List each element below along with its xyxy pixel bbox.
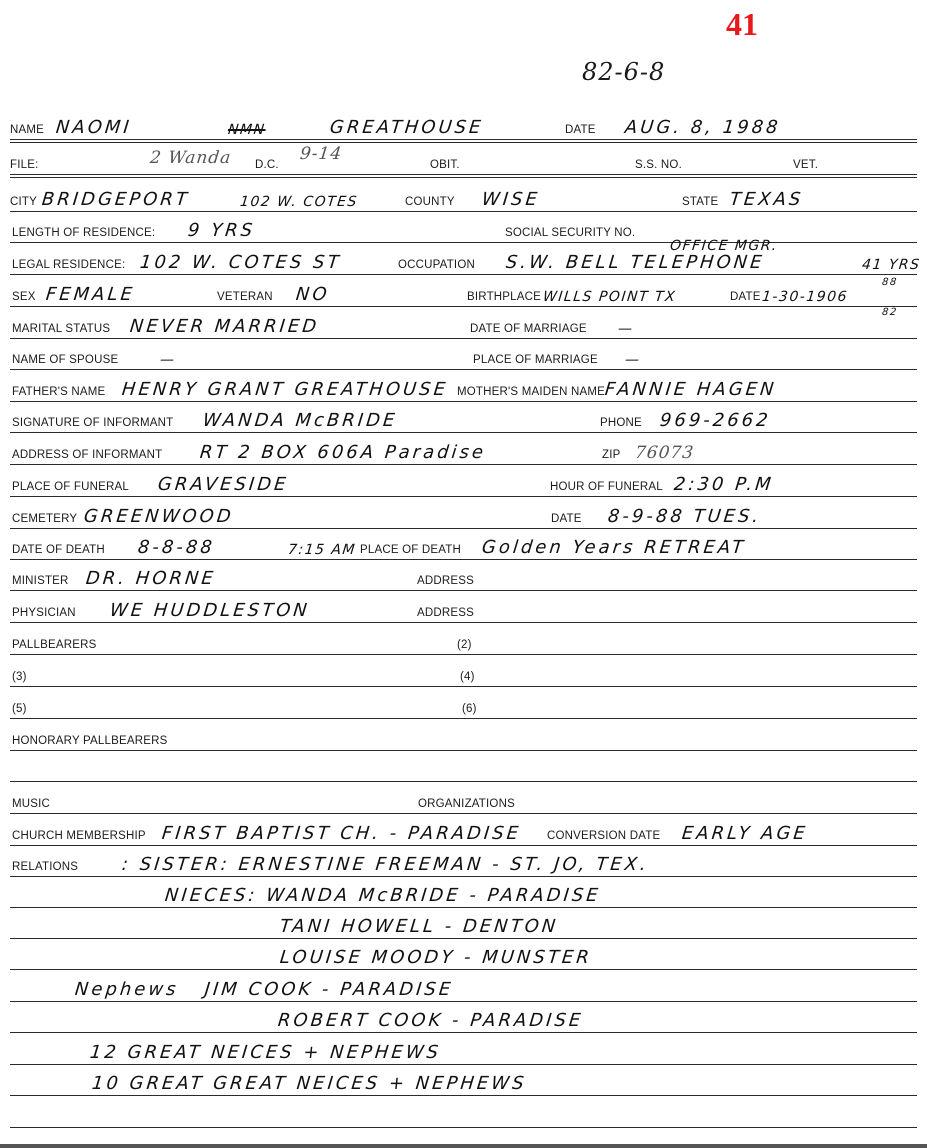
legal-residence-label: LEGAL RESIDENCE: bbox=[12, 259, 125, 271]
pallbearer-slot-4: (4) bbox=[460, 671, 475, 683]
minister-value: DR. HORNE bbox=[85, 568, 217, 589]
funeral-date-value: 8-9-88 TUES. bbox=[607, 506, 762, 527]
state-label: STATE bbox=[682, 196, 718, 208]
name-row: NAME NAOMI NMN GREATHOUSE DATE AUG. 8, 1… bbox=[10, 115, 917, 143]
city-label: CITY bbox=[10, 196, 37, 208]
fathers-name-label: FATHER'S NAME bbox=[12, 386, 105, 398]
time-of-death-value: 7:15 AM bbox=[287, 542, 357, 558]
residence-length-row: LENGTH OF RESIDENCE: 9 YRS SOCIAL SECURI… bbox=[10, 218, 917, 243]
marital-status-label: MARITAL STATUS bbox=[12, 323, 110, 335]
relation-line: TANI HOWELL - DENTON bbox=[279, 916, 560, 937]
church-membership-value: FIRST BAPTIST CH. - PARADISE bbox=[161, 823, 522, 844]
place-of-marriage-value: — bbox=[624, 352, 641, 368]
relations-row-7: 12 GREAT NEICES + NEPHEWS bbox=[10, 1040, 917, 1065]
state-value: TEXAS bbox=[729, 189, 805, 210]
church-row: CHURCH MEMBERSHIP FIRST BAPTIST CH. - PA… bbox=[10, 821, 917, 846]
birth-date-label: DATE bbox=[730, 291, 761, 303]
signature-of-informant-label: SIGNATURE OF INFORMANT bbox=[12, 417, 173, 429]
funeral-record-page: 41 82-6-8 NAME NAOMI NMN GREATHOUSE DATE… bbox=[0, 0, 927, 1148]
informant-address-row: ADDRESS OF INFORMANT RT 2 BOX 606A Parad… bbox=[10, 440, 917, 465]
name-of-spouse-label: NAME OF SPOUSE bbox=[12, 354, 118, 366]
place-of-funeral-label: PLACE OF FUNERAL bbox=[12, 481, 129, 493]
obit-label: OBIT. bbox=[430, 159, 460, 171]
first-name: NAOMI bbox=[55, 117, 133, 138]
birthplace-label: BIRTHPLACE bbox=[467, 291, 541, 303]
relations-row-3: TANI HOWELL - DENTON bbox=[10, 914, 917, 939]
file-row: FILE: 2 Wanda D.C. 9-14 OBIT. S.S. NO. V… bbox=[10, 150, 917, 178]
relations-label: RELATIONS bbox=[12, 861, 78, 873]
city-extra: 102 W. COTES bbox=[239, 194, 359, 210]
last-name: GREATHOUSE bbox=[329, 117, 485, 138]
physician-label: PHYSICIAN bbox=[12, 607, 76, 619]
veteran-value: NO bbox=[295, 284, 331, 305]
pallbearers-row-1: PALLBEARERS (2) bbox=[10, 630, 917, 655]
music-label: MUSIC bbox=[12, 798, 50, 810]
relation-line: 12 GREAT NEICES + NEPHEWS bbox=[89, 1042, 442, 1063]
place-of-death-value: Golden Years RETREAT bbox=[481, 537, 747, 558]
spouse-row: NAME OF SPOUSE — PLACE OF MARRIAGE — bbox=[10, 345, 917, 370]
date-of-death-value: 8-8-88 bbox=[137, 537, 216, 558]
age-calc-top: 88 bbox=[881, 277, 898, 288]
phone-value: 969-2662 bbox=[659, 410, 772, 431]
ss-no-label: S.S. NO. bbox=[635, 159, 682, 171]
reference-number: 82-6-8 bbox=[582, 58, 665, 86]
social-security-label: SOCIAL SECURITY NO. bbox=[505, 227, 635, 239]
hour-of-funeral-label: HOUR OF FUNERAL bbox=[550, 481, 663, 493]
date-of-marriage-label: DATE OF MARRIAGE bbox=[470, 323, 587, 335]
place-of-marriage-label: PLACE OF MARRIAGE bbox=[473, 354, 598, 366]
relations-row-6: ROBERT COOK - PARADISE bbox=[10, 1008, 917, 1033]
phone-label: PHONE bbox=[600, 417, 642, 429]
address-of-informant-value: RT 2 BOX 606A Paradise bbox=[199, 442, 487, 463]
hour-of-funeral-value: 2:30 P.M bbox=[673, 474, 775, 495]
relation-line: ROBERT COOK - PARADISE bbox=[277, 1010, 585, 1031]
funeral-place-row: PLACE OF FUNERAL GRAVESIDE HOUR OF FUNER… bbox=[10, 472, 917, 497]
relation-line: 10 GREAT GREAT NEICES + NEPHEWS bbox=[91, 1073, 528, 1094]
marital-status-value: NEVER MARRIED bbox=[129, 316, 320, 337]
address-of-informant-label: ADDRESS OF INFORMANT bbox=[12, 449, 162, 461]
physician-row: PHYSICIAN WE HUDDLESTON ADDRESS bbox=[10, 598, 917, 623]
relation-line: : SISTER: ERNESTINE FREEMAN - ST. JO, TE… bbox=[121, 854, 650, 875]
pallbearer-slot-5: (5) bbox=[12, 703, 27, 715]
record-date: AUG. 8, 1988 bbox=[624, 117, 782, 138]
cemetery-value: GREENWOOD bbox=[83, 506, 235, 527]
occupation-label: OCCUPATION bbox=[398, 259, 475, 271]
honorary-pallbearers-blank-row bbox=[10, 757, 917, 782]
relations-row-8: 10 GREAT GREAT NEICES + NEPHEWS bbox=[10, 1071, 917, 1096]
place-of-death-label: PLACE OF DEATH bbox=[360, 544, 461, 556]
pallbearer-slot-6: (6) bbox=[462, 703, 477, 715]
music-row: MUSIC ORGANIZATIONS bbox=[10, 789, 917, 814]
relation-line: NIECES: WANDA McBRIDE - PARADISE bbox=[164, 885, 602, 906]
name-of-spouse-value: — bbox=[159, 352, 176, 368]
zip-value: 76073 bbox=[634, 443, 695, 463]
place-of-funeral-value: GRAVESIDE bbox=[157, 474, 290, 495]
relations-row-1: RELATIONS : SISTER: ERNESTINE FREEMAN - … bbox=[10, 852, 917, 877]
legal-residence-value: 102 W. COTES ST bbox=[139, 252, 343, 273]
conversion-date-label: CONVERSION DATE bbox=[547, 830, 660, 842]
date-label: DATE bbox=[565, 124, 596, 136]
zip-label: ZIP bbox=[602, 449, 621, 461]
minister-row: MINISTER DR. HORNE ADDRESS bbox=[10, 566, 917, 591]
page-bottom-edge bbox=[0, 1144, 927, 1148]
honorary-pallbearers-row: HONORARY PALLBEARERS bbox=[10, 726, 917, 751]
physician-address-label: ADDRESS bbox=[417, 607, 474, 619]
relations-row-4: LOUISE MOODY - MUNSTER bbox=[10, 945, 917, 970]
name-label: NAME bbox=[10, 124, 44, 136]
funeral-date-label: DATE bbox=[551, 513, 582, 525]
church-membership-label: CHURCH MEMBERSHIP bbox=[12, 830, 146, 842]
conversion-date-value: EARLY AGE bbox=[681, 823, 809, 844]
birthplace-value: WILLS POINT TX bbox=[542, 289, 677, 305]
page-number: 41 bbox=[726, 6, 758, 43]
parents-row: FATHER'S NAME HENRY GRANT GREATHOUSE MOT… bbox=[10, 377, 917, 402]
pallbearers-label: PALLBEARERS bbox=[12, 639, 96, 651]
veteran-label: VETERAN bbox=[217, 291, 273, 303]
city-value: BRIDGEPORT bbox=[41, 189, 191, 210]
dc-label: D.C. bbox=[255, 159, 279, 171]
length-of-residence-value: 9 YRS bbox=[187, 220, 256, 241]
county-label: COUNTY bbox=[405, 196, 455, 208]
occupation-value: S.W. BELL TELEPHONE bbox=[505, 252, 766, 273]
birth-date-value: 1-30-1906 bbox=[761, 289, 849, 305]
cemetery-row: CEMETERY GREENWOOD DATE 8-9-88 TUES. bbox=[10, 504, 917, 529]
vet-label: VET. bbox=[793, 159, 818, 171]
dc-value: 9-14 bbox=[299, 144, 343, 164]
relation-line: Nephews JIM COOK - PARADISE bbox=[74, 979, 455, 1000]
relations-row-5: Nephews JIM COOK - PARADISE bbox=[10, 977, 917, 1002]
county-value: WISE bbox=[481, 189, 541, 210]
sex-value: FEMALE bbox=[45, 284, 136, 305]
minister-address-label: ADDRESS bbox=[417, 575, 474, 587]
middle-name-struck: NMN bbox=[227, 122, 266, 138]
sex-row: SEX FEMALE VETERAN NO BIRTHPLACE WILLS P… bbox=[10, 282, 917, 307]
pallbearer-slot-3: (3) bbox=[12, 671, 27, 683]
relation-line: LOUISE MOODY - MUNSTER bbox=[279, 947, 593, 968]
informant-row: SIGNATURE OF INFORMANT WANDA McBRIDE PHO… bbox=[10, 408, 917, 433]
city-row: CITY BRIDGEPORT 102 W. COTES COUNTY WISE… bbox=[10, 187, 917, 212]
mothers-maiden-name-label: MOTHER'S MAIDEN NAME bbox=[457, 386, 605, 398]
legal-residence-row: LEGAL RESIDENCE: 102 W. COTES ST OCCUPAT… bbox=[10, 250, 917, 275]
relations-row-2: NIECES: WANDA McBRIDE - PARADISE bbox=[10, 883, 917, 908]
sex-label: SEX bbox=[12, 291, 36, 303]
physician-value: WE HUDDLESTON bbox=[109, 600, 311, 621]
date-of-death-label: DATE OF DEATH bbox=[12, 544, 105, 556]
honorary-pallbearers-label: HONORARY PALLBEARERS bbox=[12, 735, 167, 747]
length-of-residence-label: LENGTH OF RESIDENCE: bbox=[12, 227, 155, 239]
file-label: FILE: bbox=[10, 159, 38, 171]
pallbearers-row-2: (3) (4) bbox=[10, 662, 917, 687]
fathers-name-value: HENRY GRANT GREATHOUSE bbox=[121, 379, 449, 400]
organizations-label: ORGANIZATIONS bbox=[418, 798, 515, 810]
file-note: 2 Wanda bbox=[149, 148, 232, 168]
date-of-marriage-value: — bbox=[617, 321, 634, 337]
death-row: DATE OF DEATH 8-8-88 7:15 AM PLACE OF DE… bbox=[10, 535, 917, 560]
pallbearer-slot-2: (2) bbox=[457, 639, 472, 651]
pallbearers-row-3: (5) (6) bbox=[10, 694, 917, 719]
signature-of-informant-value: WANDA McBRIDE bbox=[202, 410, 399, 431]
cemetery-label: CEMETERY bbox=[12, 513, 77, 525]
mothers-maiden-name-value: FANNIE HAGEN bbox=[604, 379, 778, 400]
marital-status-row: MARITAL STATUS NEVER MARRIED DATE OF MAR… bbox=[10, 314, 917, 339]
relations-row-blank bbox=[10, 1103, 917, 1128]
occupation-years: 41 YRS bbox=[861, 257, 921, 273]
minister-label: MINISTER bbox=[12, 575, 69, 587]
